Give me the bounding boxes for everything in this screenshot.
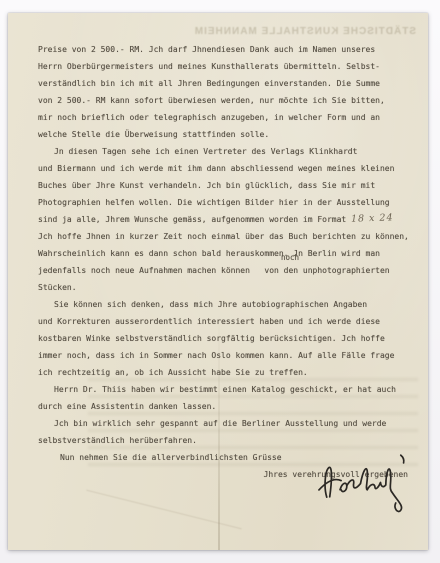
typed-insertion-above-line: noch [281,254,299,262]
signature-ink-path [317,460,402,519]
letter-line: Herrn Dr. Thiis haben wir bestimmt einen… [38,381,410,398]
letter-line: Photographien helfen wollen. Die wichtig… [38,194,410,211]
letter-line: welche Stelle die Überweisung stattfinde… [38,126,410,143]
signature-flourish-path [401,455,404,463]
handwritten-format-note: 18 x 24 [351,209,394,227]
letter-line: und Biermann und ich werde mit ihm dann … [38,160,410,177]
letter-line: selbstverständlich herüberfahren. [38,432,410,449]
letter-line: mir noch brieflich oder telegraphisch an… [38,109,410,126]
letter-line-text: sind ja alle, Jhrem Wunsche gemäss, aufg… [38,215,346,224]
letter-line: Jn diesen Tagen sehe ich einen Vertreter… [38,143,410,160]
letter-line: Stücken. [38,279,410,296]
letter-line: durch eine Assistentin danken lassen. [38,398,410,415]
signature-handwriting [316,457,416,519]
letter-line: ich rechtzeitig an, ob ich Aussicht habe… [38,364,410,381]
letter-line: und Korrekturen ausserordentlich interes… [38,313,410,330]
letter-line: immer noch, dass ich in Sommer nach Oslo… [38,347,410,364]
letter-line-with-insertion: jedenfalls noch neue Aufnahmen machen kö… [38,262,410,279]
letter-line: verständlich bin ich mit all Jhren Bedin… [38,75,410,92]
letterhead-bleedthrough-text: STÄDTISCHE KUNSTHALLE MANNHEIM [231,26,416,37]
letter-line: Jch hoffe Jhnen in kurzer Zeit noch einm… [38,228,410,245]
letter-line: Sie können sich denken, dass mich Jhre a… [38,296,410,313]
letter-line: Herrn Oberbürgermeisters und meines Kuns… [38,58,410,75]
letter-line: kostbaren Winke selbstverständlich sorgf… [38,330,410,347]
letter-line-text: jedenfalls noch neue Aufnahmen machen kö… [38,266,390,275]
letter-line: Preise von 2 500.- RM. Jch darf Jhnendie… [38,41,410,58]
letter-page: STÄDTISCHE KUNSTHALLE MANNHEIM Preise vo… [8,13,428,550]
letter-line-with-handwriting: sind ja alle, Jhrem Wunsche gemäss, aufg… [38,211,410,228]
letter-text-block: Preise von 2 500.- RM. Jch darf Jhnendie… [38,41,410,483]
letter-line: Buches über Jhre Kunst verhandeln. Jch b… [38,177,410,194]
letter-line: Jch bin wirklich sehr gespannt auf die B… [38,415,410,432]
letter-line: von 2 500.- RM kann sofort überwiesen we… [38,92,410,109]
letter-line: Wahrscheinlich kann es dann schon bald h… [38,245,410,262]
